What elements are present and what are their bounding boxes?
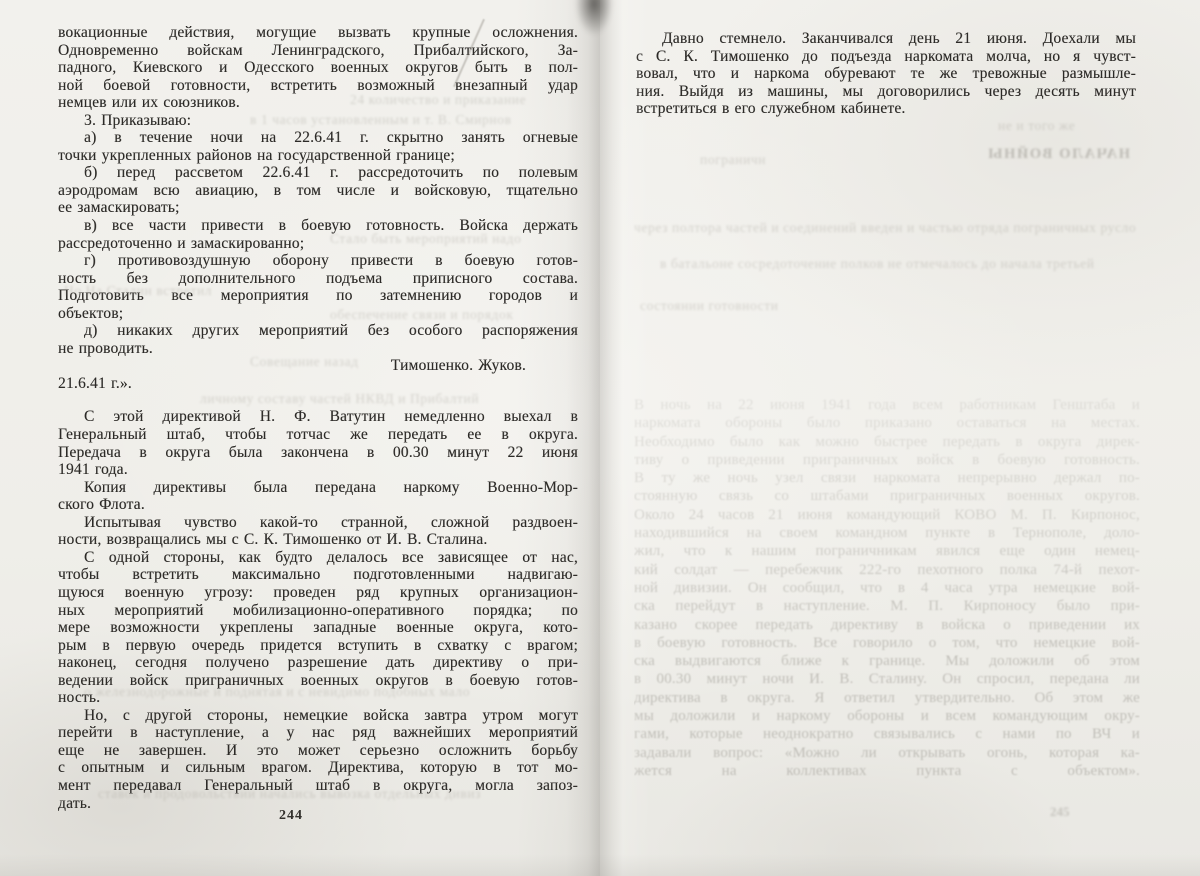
paragraph: а) в течение ночи на 22.6.41 г. скрытно … bbox=[58, 129, 578, 164]
paragraph: Давно стемнело. Заканчивался день 21 июн… bbox=[636, 30, 1136, 118]
text-line: Одновременно войскам Ленинградского, При… bbox=[58, 42, 578, 60]
ghost-text-line: ска выдвигаются ближе к границе. Мы доло… bbox=[634, 652, 1140, 670]
text-line: мент передавал Генеральный штаб в округа… bbox=[58, 777, 578, 795]
text-line: б) перед рассветом 22.6.41 г. рассредото… bbox=[58, 164, 578, 182]
paragraph: в) все части привести в боевую готовност… bbox=[58, 217, 578, 252]
ghost-text-line: тиву о приведении приграничных войск в б… bbox=[634, 451, 1140, 469]
text-line: ского Флота. bbox=[58, 496, 578, 514]
text-line: С этой директивой Н. Ф. Ватутин немедлен… bbox=[58, 408, 578, 426]
text-line: г) противовоздушную оборону привести в б… bbox=[58, 252, 578, 270]
text-line: с С. К. Тимошенко до подъезда наркомата … bbox=[636, 48, 1136, 66]
text-line: немцев или их союзников. bbox=[58, 94, 578, 112]
text-line: ее замаскировать; bbox=[58, 199, 578, 217]
text-line: вовал, что и наркома обуревают те же тре… bbox=[636, 65, 1136, 83]
text-line: С одной стороны, как будто делалось все … bbox=[58, 549, 578, 567]
ghost-text-line: находившийся на своем командном пункте в… bbox=[634, 524, 1140, 542]
ghost-text-line: казано скорее передать директиву в войск… bbox=[634, 616, 1140, 634]
ghost-fragment: не и того же bbox=[998, 118, 1140, 134]
ghost-text-line: в 00.30 минут ночи И. В. Сталину. Он спр… bbox=[634, 670, 1140, 688]
text-line: чтобы встретить максимально подготовленн… bbox=[58, 566, 578, 584]
text-line: 21.6.41 г.». bbox=[58, 375, 578, 393]
text-line: Копия директивы была передана наркому Во… bbox=[58, 479, 578, 497]
page-left: вокационные действия, могущие вызвать кр… bbox=[0, 0, 600, 876]
text-line: ности, возвращались мы с С. К. Тимошенко… bbox=[58, 531, 578, 549]
paragraph: 21.6.41 г.». bbox=[58, 375, 578, 393]
ghost-text-line: ной дивизии. Он сообщил, что в 4 часа ут… bbox=[634, 579, 1140, 597]
text-line: аэродромам всю авиацию, в том числе и во… bbox=[58, 182, 578, 200]
page-number-left: 244 bbox=[58, 808, 524, 824]
showthrough-page-number: 245 bbox=[1050, 804, 1110, 820]
text-line: Генеральный штаб, чтобы тотчас же переда… bbox=[58, 426, 578, 444]
text-line: Подготовить все мероприятия по затемнени… bbox=[58, 287, 578, 305]
text-line: Но, с другой стороны, немецкие войска за… bbox=[58, 707, 578, 725]
ghost-text-line: жил, что к нашим пограничникам явился ещ… bbox=[634, 542, 1140, 560]
book-spread: вокационные действия, могущие вызвать кр… bbox=[0, 0, 1200, 876]
text-line: Тимошенко. Жуков. bbox=[58, 357, 578, 375]
paragraph: С одной стороны, как будто делалось все … bbox=[58, 549, 578, 707]
text-line: рассредоточенно и замаскированно; bbox=[58, 235, 578, 253]
text-line: в) все части привести в боевую готовност… bbox=[58, 217, 578, 235]
paragraph: Но, с другой стороны, немецкие войска за… bbox=[58, 707, 578, 812]
ghost-text-line: В ту же ночь узел связи наркомата непрер… bbox=[634, 469, 1140, 487]
ghost-text-line: ска перейдут в наступление. М. П. Кирпон… bbox=[634, 597, 1140, 615]
ghost-fragment: через полтора частей и соединений введен… bbox=[634, 220, 1166, 236]
text-line: д) никаких других мероприятий без особог… bbox=[58, 322, 578, 340]
text-line: с опытным и сильным врагом. Директива, к… bbox=[58, 759, 578, 777]
text-line: вокационные действия, могущие вызвать кр… bbox=[58, 24, 578, 42]
page-right: НАЧАЛО ВОЙНЫ пограничнчерез полтора част… bbox=[600, 0, 1200, 876]
text-line: не проводить. bbox=[58, 340, 578, 358]
paragraph: 3. Приказываю: bbox=[58, 112, 578, 130]
text-line: ных мероприятий мобилизационно-оперативн… bbox=[58, 602, 578, 620]
paragraph: г) противовоздушную оборону привести в б… bbox=[58, 252, 578, 322]
paragraph: б) перед рассветом 22.6.41 г. рассредото… bbox=[58, 164, 578, 217]
paragraph: Испытывая чувство какой-то странной, сло… bbox=[58, 514, 578, 549]
text-line: а) в течение ночи на 22.6.41 г. скрытно … bbox=[58, 129, 578, 147]
page-left-text-column: вокационные действия, могущие вызвать кр… bbox=[0, 0, 578, 812]
text-line: ния. Выйдя из машины, мы договорились че… bbox=[636, 83, 1136, 101]
text-line: еще не завершен. И это может серьезно ос… bbox=[58, 742, 578, 760]
page-right-text-column: Давно стемнело. Заканчивался день 21 июн… bbox=[600, 0, 1136, 118]
ghost-text-line: наркомата обороны было приказано остават… bbox=[634, 414, 1140, 432]
ghost-text-line: Необходимо было как можно быстрее переда… bbox=[634, 433, 1140, 451]
ghost-text-line: жется на коллективах пункта с объектом». bbox=[634, 762, 1140, 780]
ghost-fragment: пограничн bbox=[700, 152, 822, 168]
ghost-text-line: в боевую готовность. Все говорило о том,… bbox=[634, 634, 1140, 652]
paragraph: вокационные действия, могущие вызвать кр… bbox=[58, 24, 578, 112]
ghost-text-line: стоянную связь со штабами приграничных в… bbox=[634, 487, 1140, 505]
paragraph: д) никаких других мероприятий без особог… bbox=[58, 322, 578, 357]
text-line: Давно стемнело. Заканчивался день 21 июн… bbox=[636, 30, 1136, 48]
showthrough-text-block: В ночь на 22 июня 1941 года всем работни… bbox=[634, 396, 1140, 780]
ghost-text-line: В ночь на 22 июня 1941 года всем работни… bbox=[634, 396, 1140, 414]
text-line: ность. bbox=[58, 689, 578, 707]
paragraph: Копия директивы была передана наркому Во… bbox=[58, 479, 578, 514]
ghost-text-line: гами, которые неоднократно связывались с… bbox=[634, 725, 1140, 743]
ghost-text-line: задавали вопрос: «Можно ли открывать ого… bbox=[634, 744, 1140, 762]
ghost-text-line: директива в округа. Я ответил утвердител… bbox=[634, 689, 1140, 707]
text-line: мере возможности укреплены западные воен… bbox=[58, 619, 578, 637]
text-line: падного, Киевского и Одесского военных о… bbox=[58, 59, 578, 77]
text-line: Испытывая чувство какой-то странной, сло… bbox=[58, 514, 578, 532]
paragraph: Тимошенко. Жуков. bbox=[58, 357, 578, 375]
ghost-fragment: в батальоне сосредоточение полков не отм… bbox=[660, 256, 1142, 272]
paragraph: С этой директивой Н. Ф. Ватутин немедлен… bbox=[58, 408, 578, 478]
ghost-text-line: мы доложили и наркому обороны и всем ком… bbox=[634, 707, 1140, 725]
text-line: ность без дополнительного подъема припис… bbox=[58, 270, 578, 288]
ghost-fragment: состоянии готовности bbox=[640, 298, 842, 314]
text-line: встретиться в его служебном кабинете. bbox=[636, 100, 1136, 118]
text-line: точки укрепленных районов на государстве… bbox=[58, 147, 578, 165]
text-line: 3. Приказываю: bbox=[58, 112, 578, 130]
text-line: объектов; bbox=[58, 305, 578, 323]
text-line: 1941 года. bbox=[58, 461, 578, 479]
text-line: щуюся военную угрозу: проведен ряд крупн… bbox=[58, 584, 578, 602]
text-line: Передача в округа была закончена в 00.30… bbox=[58, 444, 578, 462]
text-line: ной боевой готовности, встретить возможн… bbox=[58, 77, 578, 95]
text-line: рым в первую очередь придется вступить в… bbox=[58, 637, 578, 655]
text-line: ведении войск приграничных военных округ… bbox=[58, 672, 578, 690]
ghost-text-line: кий солдат — перебежчик 222-го пехотного… bbox=[634, 561, 1140, 579]
showthrough-chapter-heading-mirrored: НАЧАЛО ВОЙНЫ bbox=[952, 146, 1130, 163]
text-line: наконец, сегодня получено разрешение дат… bbox=[58, 654, 578, 672]
ghost-text-line: Около 24 часов 21 июня командующий КОВО … bbox=[634, 506, 1140, 524]
text-line: перейти в наступление, а у нас ряд важне… bbox=[58, 724, 578, 742]
